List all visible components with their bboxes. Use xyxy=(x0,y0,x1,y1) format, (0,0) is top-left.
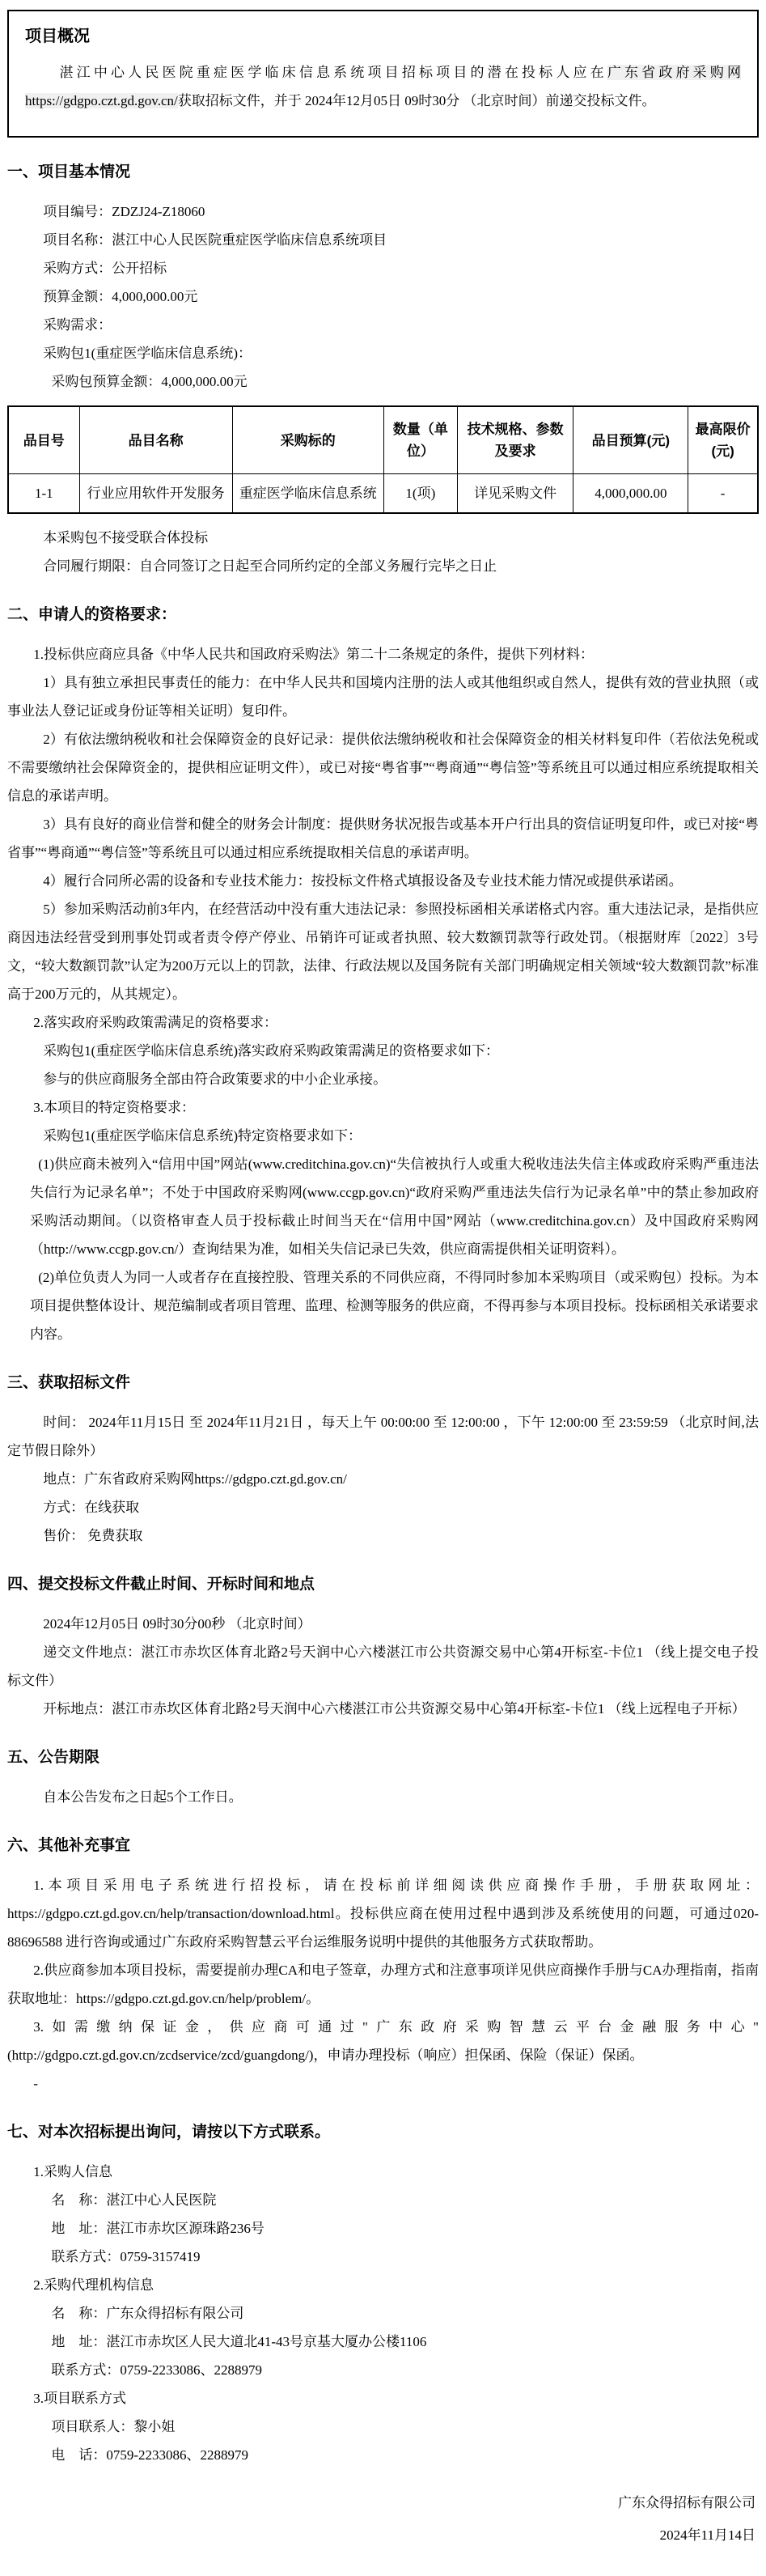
section-contact-heading: 七、对本次招标提出询问，请按以下方式联系。 xyxy=(7,2122,759,2143)
qualification-para-1-4: 4）履行合同所必需的设备和专业技术能力：按投标文件格式填报设备及专业技术能力情况… xyxy=(7,867,759,895)
cell-quantity-unit: 1(项) xyxy=(383,474,457,514)
section-other-heading: 六、其他补充事宜 xyxy=(7,1835,759,1857)
section-obtain-heading: 三、获取招标文件 xyxy=(7,1373,759,1394)
qualification-para-1-5: 5）参加采购活动前3年内，在经营活动中没有重大违法记录：参照投标函相关承诺格式内… xyxy=(7,895,759,1008)
deadline-time-line: 2024年12月05日 09时30分00秒 （北京时间） xyxy=(7,1610,759,1638)
agency-address-line: 地 址：湛江市赤坎区人民大道北41-43号京基大厦办公楼1106 xyxy=(7,2328,759,2356)
cell-item-no: 1-1 xyxy=(8,474,79,514)
project-overview-box: 项目概况 湛江中心人民医院重症医学临床信息系统项目招标项目的潜在投标人应在广东省… xyxy=(7,10,759,138)
opening-place-line: 开标地点：湛江市赤坎区体育北路2号天润中心六楼湛江市公共资源交易中心第4开标室-… xyxy=(7,1695,759,1723)
obtain-method-line: 方式：在线获取 xyxy=(7,1493,759,1521)
qualification-para-2: 2.落实政府采购政策需满足的资格要求： xyxy=(7,1008,759,1037)
qualification-para-3-2: (1)供应商未被列入“信用中国”网站(www.creditchina.gov.c… xyxy=(30,1150,759,1263)
qualification-para-2-2: 参与的供应商服务全部由符合政策要求的中小企业承接。 xyxy=(7,1065,759,1093)
agency-phone-line: 联系方式：0759-2233086、2288979 xyxy=(7,2356,759,2384)
signature-date: 2024年11月14日 xyxy=(7,2519,755,2552)
contract-period-note: 合同履行期限：自合同签订之日起至合同所约定的全部义务履行完毕之日止 xyxy=(7,552,759,580)
obtain-time-line: 时间： 2024年11月15日 至 2024年11月21日 ，每天上午 00:0… xyxy=(7,1408,759,1465)
th-item-name: 品目名称 xyxy=(79,406,232,474)
section-announcement-heading: 五、公告期限 xyxy=(7,1747,759,1768)
th-item-budget: 品目预算(元) xyxy=(573,406,688,474)
obtain-place-line: 地点：广东省政府采购网https://gdgpo.czt.gd.gov.cn/ xyxy=(7,1465,759,1493)
cell-tech-spec: 详见采购文件 xyxy=(457,474,573,514)
section-qualification-heading: 二、申请人的资格要求： xyxy=(7,605,759,626)
items-table-header-row: 品目号 品目名称 采购标的 数量（单位） 技术规格、参数及要求 品目预算(元) … xyxy=(8,406,758,474)
overview-title: 项目概况 xyxy=(25,24,741,49)
cell-procurement-target: 重症医学临床信息系统 xyxy=(232,474,383,514)
th-procurement-target: 采购标的 xyxy=(232,406,383,474)
project-contact-label: 3.项目联系方式 xyxy=(7,2384,759,2413)
no-consortium-note: 本采购包不接受联合体投标 xyxy=(7,524,759,552)
budget-amount-line: 预算金额：4,000,000.00元 xyxy=(7,282,759,311)
qualification-para-1-2: 2）有依法缴纳税收和社会保障资金的良好记录：提供依法缴纳税收和社会保障资金的相关… xyxy=(7,725,759,810)
purchaser-phone-line: 联系方式：0759-3157419 xyxy=(7,2243,759,2271)
qualification-para-1-3: 3）具有良好的商业信誉和健全的财务会计制度：提供财务状况报告或基本开户行出具的资… xyxy=(7,810,759,867)
qualification-para-2-1: 采购包1(重症医学临床信息系统)落实政府采购政策需满足的资格要求如下： xyxy=(7,1037,759,1065)
tender-announcement-page: 项目概况 湛江中心人民医院重症医学临床信息系统项目招标项目的潜在投标人应在广东省… xyxy=(0,0,766,2576)
project-number-line: 项目编号：ZDZJ24-Z18060 xyxy=(7,197,759,226)
qualification-para-3-3: (2)单位负责人为同一人或者存在直接控股、管理关系的不同供应商，不得同时参加本采… xyxy=(30,1263,759,1348)
package-title-line: 采购包1(重症医学临床信息系统)： xyxy=(7,339,759,367)
signature-agency: 广东众得招标有限公司 xyxy=(7,2487,755,2519)
other-para-3: 3.如需缴纳保证金，供应商可通过"广东政府采购智慧云平台金融服务中心"(http… xyxy=(7,2013,759,2069)
purchaser-name-line: 名 称：湛江中心人民医院 xyxy=(7,2186,759,2214)
section-basic-heading: 一、项目基本情况 xyxy=(7,162,759,183)
other-para-1: 1.本项目采用电子系统进行招投标，请在投标前详细阅读供应商操作手册，手册获取网址… xyxy=(7,1871,759,1956)
purchaser-info-label: 1.采购人信息 xyxy=(7,2158,759,2186)
cell-item-name: 行业应用软件开发服务 xyxy=(79,474,232,514)
qualification-para-3: 3.本项目的特定资格要求： xyxy=(7,1093,759,1122)
project-contact-phone-line: 电 话：0759-2233086、2288979 xyxy=(7,2441,759,2469)
cell-max-price: - xyxy=(688,474,758,514)
overview-paragraph: 湛江中心人民医院重症医学临床信息系统项目招标项目的潜在投标人应在广东省政府采购网… xyxy=(25,58,741,115)
submission-place-line: 递交文件地点：湛江市赤坎区体育北路2号天润中心六楼湛江市公共资源交易中心第4开标… xyxy=(7,1638,759,1695)
other-para-2: 2.供应商参加本项目投标，需要提前办理CA和电子签章，办理方式和注意事项详见供应… xyxy=(7,1956,759,2013)
procurement-method-line: 采购方式：公开招标 xyxy=(7,254,759,282)
items-table: 品目号 品目名称 采购标的 数量（单位） 技术规格、参数及要求 品目预算(元) … xyxy=(7,405,759,514)
overview-text-before: 湛江中心人民医院重症医学临床信息系统项目招标项目的潜在投标人应在 xyxy=(60,65,607,80)
agency-name-line: 名 称：广东众得招标有限公司 xyxy=(7,2299,759,2328)
items-table-data-row: 1-1 行业应用软件开发服务 重症医学临床信息系统 1(项) 详见采购文件 4,… xyxy=(8,474,758,514)
obtain-price-line: 售价： 免费获取 xyxy=(7,1521,759,1550)
purchaser-address-line: 地 址：湛江市赤坎区源珠路236号 xyxy=(7,2214,759,2243)
cell-item-budget: 4,000,000.00 xyxy=(573,474,688,514)
qualification-para-3-1: 采购包1(重症医学临床信息系统)特定资格要求如下： xyxy=(7,1122,759,1150)
th-tech-spec: 技术规格、参数及要求 xyxy=(457,406,573,474)
section-deadline-heading: 四、提交投标文件截止时间、开标时间和地点 xyxy=(7,1574,759,1595)
th-quantity-unit: 数量（单位） xyxy=(383,406,457,474)
th-max-price: 最高限价(元) xyxy=(688,406,758,474)
agency-info-label: 2.采购代理机构信息 xyxy=(7,2271,759,2299)
project-name-line: 项目名称：湛江中心人民医院重症医学临床信息系统项目 xyxy=(7,226,759,254)
other-para-dash: - xyxy=(7,2069,759,2098)
signature-block: 广东众得招标有限公司 2024年11月14日 xyxy=(7,2487,759,2552)
package-budget-line: 采购包预算金额：4,000,000.00元 xyxy=(7,367,759,396)
overview-text-after: 获取招标文件，并于 2024年12月05日 09时30分 （北京时间）前递交投标… xyxy=(178,93,656,108)
th-item-no: 品目号 xyxy=(8,406,79,474)
announcement-period-line: 自本公告发布之日起5个工作日。 xyxy=(7,1783,759,1811)
project-contact-person-line: 项目联系人：黎小姐 xyxy=(7,2413,759,2441)
qualification-para-1: 1.投标供应商应具备《中华人民共和国政府采购法》第二十二条规定的条件，提供下列材… xyxy=(7,640,759,668)
procurement-demand-label: 采购需求： xyxy=(7,311,759,339)
qualification-para-1-1: 1）具有独立承担民事责任的能力：在中华人民共和国境内注册的法人或其他组织或自然人… xyxy=(7,668,759,725)
